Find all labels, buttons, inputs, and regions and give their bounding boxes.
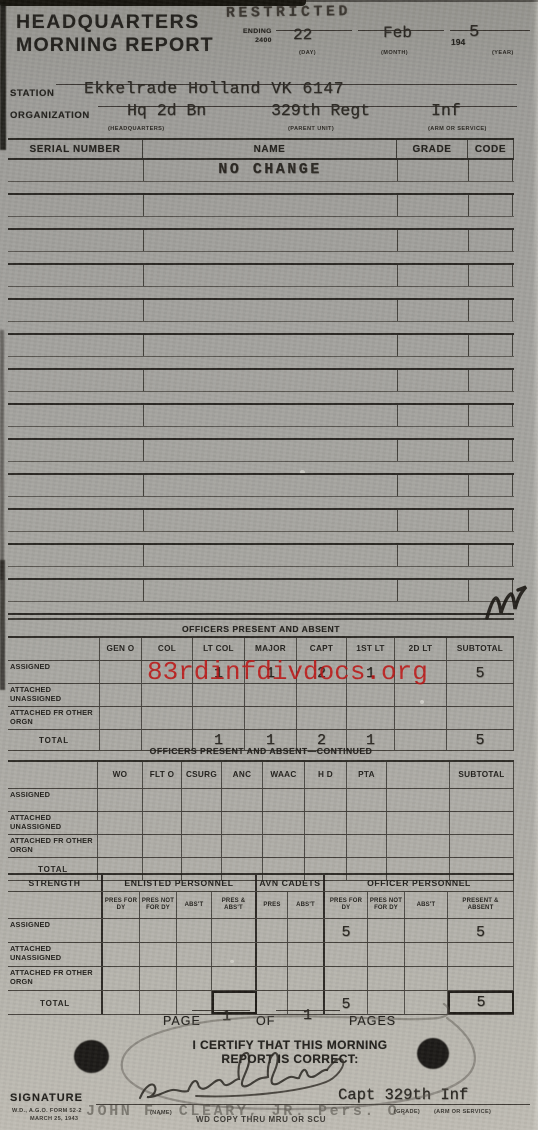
- page-underline: [192, 1010, 250, 1011]
- strength-assigned-row: ASSIGNED 5 5: [8, 919, 514, 943]
- organization-arm-value: Inf: [431, 101, 461, 120]
- typed-name-stamp: JOHN F. CLEARY, JR. Pers. O.: [86, 1103, 411, 1120]
- continued-attached-unassigned-row: ATTACHED UNASSIGNED: [8, 812, 514, 835]
- hole-punch-right: [417, 1038, 449, 1069]
- scan-edge-right: [533, 0, 538, 1130]
- roster-table: SERIAL NUMBER NAME GRADE CODE NO CHANGE: [8, 138, 514, 620]
- date-day-value: 22: [293, 26, 312, 44]
- strength-total-present-absent: 5: [448, 991, 514, 1014]
- station-value: Ekkelrade Holland VK 6147: [84, 79, 344, 98]
- headquarters-sublabel: (HEADQUARTERS): [108, 126, 165, 132]
- ending-2400-label: ENDING 2400: [243, 27, 272, 45]
- hole-punch-left: [74, 1040, 109, 1073]
- year-label: (YEAR): [492, 50, 514, 56]
- organization-parent-unit-value: 329th Regt: [271, 101, 370, 120]
- roster-empty-row: [8, 508, 514, 532]
- continued-header-row: WO FLT O CSURG ANC WAAC H D PTA SUBTOTAL: [8, 762, 514, 789]
- organization-underline: [98, 106, 517, 107]
- station-underline: [56, 84, 517, 85]
- roster-empty-row: [8, 333, 514, 357]
- roster-bottom-rule: [8, 613, 514, 620]
- roster-header-row: SERIAL NUMBER NAME GRADE CODE: [8, 138, 514, 158]
- of-label: OF: [256, 1014, 275, 1028]
- roster-empty-row: [8, 543, 514, 567]
- avn-group: AVN CADETS: [257, 875, 325, 891]
- strength-subheader-row: PRES FOR DY PRES NOT FOR DY ABS'T PRES &…: [8, 892, 514, 919]
- morning-report-scan: RESTRICTED HEADQUARTERS MORNING REPORT E…: [0, 0, 538, 1130]
- roster-empty-row: [8, 263, 514, 287]
- strength-table: STRENGTH ENLISTED PERSONNEL AVN CADETS O…: [8, 873, 514, 1015]
- roster-entry-row: NO CHANGE: [8, 158, 514, 182]
- no-change-entry: NO CHANGE: [143, 161, 397, 178]
- year-underline: [450, 30, 530, 31]
- page-label: PAGE: [163, 1014, 201, 1028]
- strength-assigned-present-absent: 5: [448, 919, 514, 942]
- scan-edge-top-thin: [300, 0, 538, 2]
- officers-table-title: OFFICERS PRESENT AND ABSENT: [8, 624, 514, 634]
- strength-title: STRENGTH: [8, 875, 103, 891]
- month-label: (MONTH): [381, 50, 408, 56]
- roster-empty-row: [8, 228, 514, 252]
- arm-sublabel-footer: (ARM OR SERVICE): [434, 1109, 491, 1115]
- strength-group-header: STRENGTH ENLISTED PERSONNEL AVN CADETS O…: [8, 875, 514, 892]
- arm-sublabel: (ARM OR SERVICE): [428, 126, 487, 132]
- roster-empty-row: [8, 403, 514, 427]
- year-prefix: 194: [451, 37, 465, 47]
- station-label: STATION: [10, 88, 54, 99]
- form-title-line2: MORNING REPORT: [16, 34, 214, 57]
- restricted-stamp: RESTRICTED: [226, 3, 351, 22]
- date-year-value: 5: [469, 23, 479, 42]
- continued-attached-fr-row: ATTACHED FR OTHER ORGN: [8, 835, 514, 858]
- signature-grade-value: Capt 329th Inf: [338, 1086, 468, 1104]
- roster-empty-row: [8, 438, 514, 462]
- officers-attached-unassigned-row: ATTACHED UNASSIGNED: [8, 684, 514, 707]
- signature-label: SIGNATURE: [10, 1092, 83, 1104]
- roster-empty-row: [8, 298, 514, 322]
- officer-group: OFFICER PERSONNEL: [325, 875, 514, 891]
- strength-attached-fr-row: ATTACHED FR OTHER ORGN: [8, 967, 514, 991]
- month-underline: [358, 30, 444, 31]
- form-number: W.D., A.G.O. FORM 52-2: [12, 1108, 82, 1114]
- form-title-line1: HEADQUARTERS: [16, 11, 200, 34]
- scan-edge-left: [0, 0, 6, 150]
- col-code: CODE: [468, 140, 514, 158]
- officers-attached-fr-row: ATTACHED FR OTHER ORGN: [8, 707, 514, 730]
- enlisted-group: ENLISTED PERSONNEL: [103, 875, 257, 891]
- strength-attached-unassigned-row: ATTACHED UNASSIGNED: [8, 943, 514, 967]
- roster-empty-rows: [8, 193, 514, 602]
- col-name: NAME: [143, 140, 397, 158]
- officers-continued-table: WO FLT O CSURG ANC WAAC H D PTA SUBTOTAL…: [8, 760, 514, 881]
- strength-total-row: TOTAL 5 5: [8, 991, 514, 1015]
- officers-table: GEN O COL LT COL MAJOR CAPT 1ST LT 2D LT…: [8, 636, 514, 751]
- form-date: MARCH 25, 1943: [30, 1116, 78, 1122]
- day-underline: [276, 30, 352, 31]
- roster-empty-row: [8, 193, 514, 217]
- day-label: (DAY): [299, 50, 316, 56]
- roster-empty-row: [8, 578, 514, 602]
- date-month-value: Feb: [383, 24, 412, 42]
- scan-edge-left-mid: [0, 330, 4, 580]
- col-grade: GRADE: [397, 140, 468, 158]
- continued-assigned-row: ASSIGNED: [8, 789, 514, 812]
- assigned-subtotal: 5: [447, 661, 514, 683]
- roster-empty-row: [8, 473, 514, 497]
- organization-headquarters-value: Hq 2d Bn: [127, 101, 206, 120]
- certify-statement: I CERTIFY THAT THIS MORNING REPORT IS CO…: [140, 1038, 440, 1067]
- strength-assigned-officer-pres: 5: [325, 919, 368, 942]
- roster-empty-row: [8, 368, 514, 392]
- officers-continued-title: OFFICERS PRESENT AND ABSENT—CONTINUED: [8, 746, 514, 756]
- pages-underline: [276, 1010, 340, 1011]
- scan-edge-left-low: [0, 560, 5, 690]
- parent-unit-sublabel: (PARENT UNIT): [288, 126, 334, 132]
- pages-label: PAGES: [349, 1014, 396, 1028]
- website-watermark: 83rdinfdivdocs.org: [147, 657, 428, 687]
- col-serial-number: SERIAL NUMBER: [8, 140, 143, 158]
- organization-label: ORGANIZATION: [10, 110, 90, 121]
